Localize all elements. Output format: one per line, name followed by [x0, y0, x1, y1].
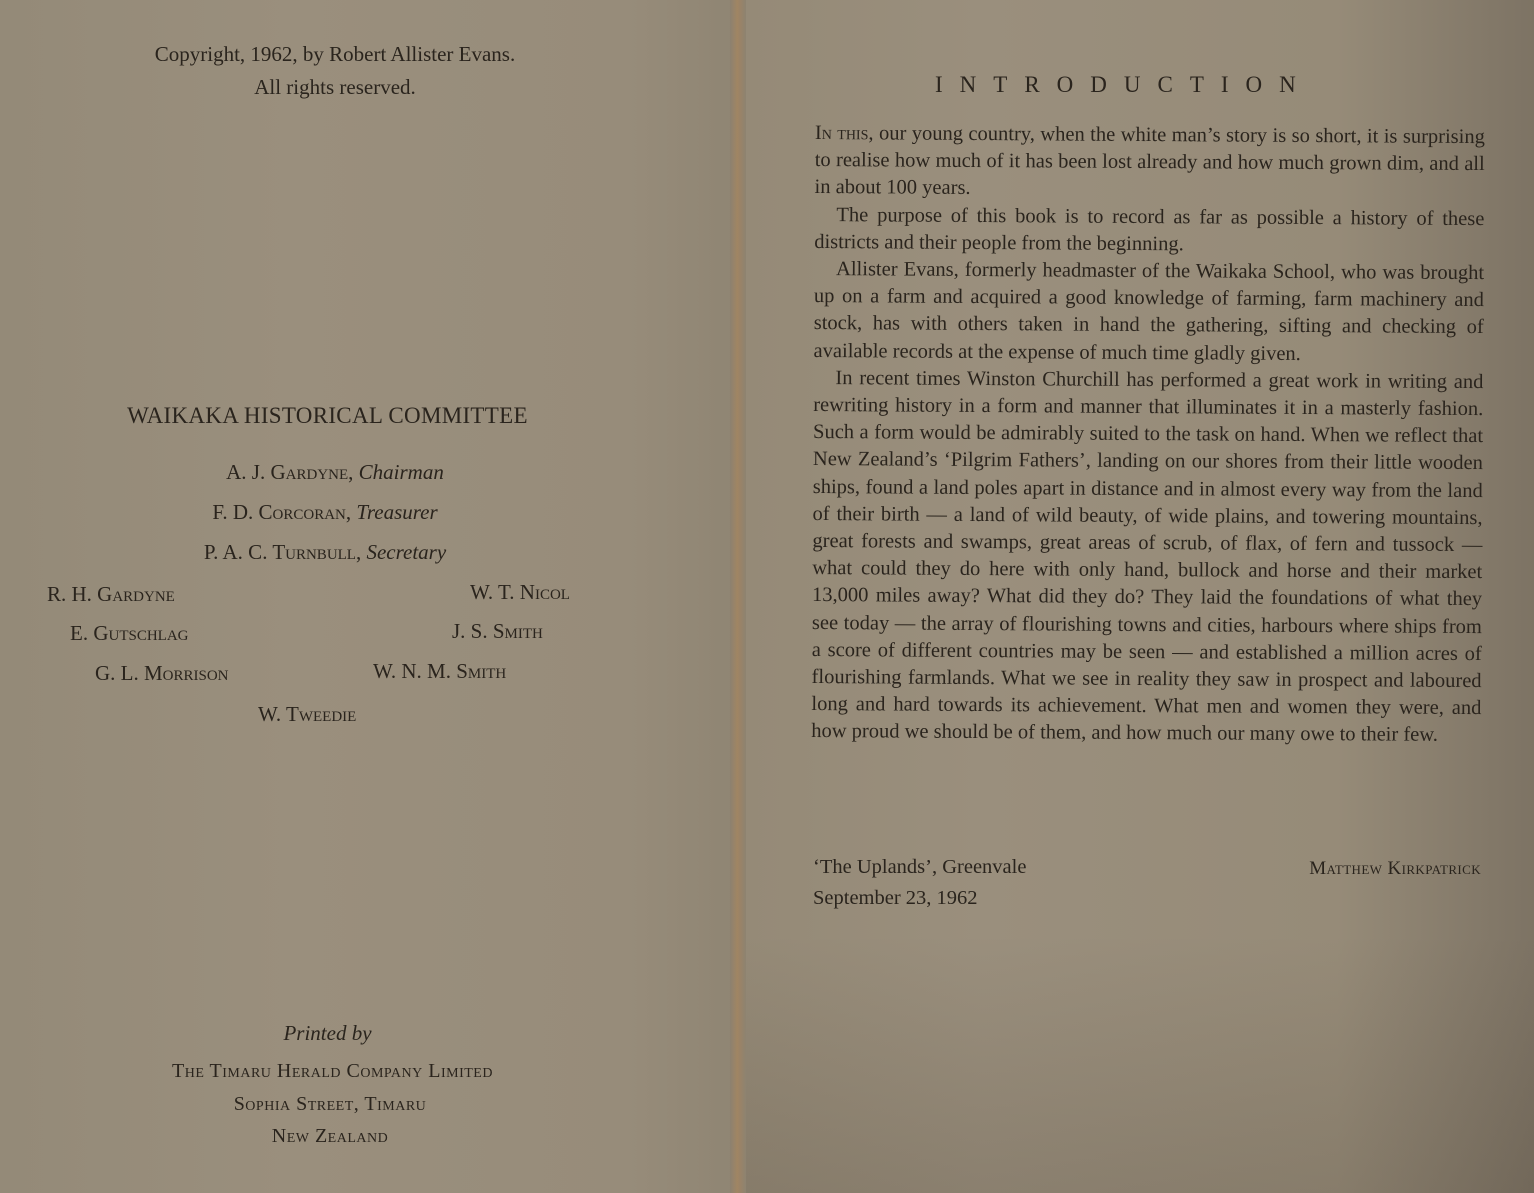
copyright-notice: Copyright, 1962, by Robert Allister Evan…	[100, 38, 570, 104]
officer-name: P. A. C. Turnbull,	[204, 540, 361, 564]
committee-member: W. N. M. Smith	[373, 659, 506, 684]
paragraph-text: our young country, when the white man’s …	[815, 122, 1485, 199]
officer-name: A. J. Gardyne,	[226, 460, 353, 484]
paragraph-lead: In this,	[815, 122, 874, 144]
committee-officer: P. A. C. Turnbull, Secretary	[90, 540, 560, 565]
rights-reserved-line: All rights reserved.	[100, 71, 570, 104]
printer-street: Sophia Street, Timaru	[100, 1093, 560, 1116]
intro-paragraph: Allister Evans, formerly headmaster of t…	[814, 256, 1485, 369]
book-spread: Copyright, 1962, by Robert Allister Evan…	[0, 0, 1534, 1193]
printer-company: The Timaru Herald Company Limited	[100, 1060, 565, 1083]
officer-role: Treasurer	[356, 500, 437, 524]
committee-officer: A. J. Gardyne, Chairman	[100, 460, 570, 485]
committee-member: G. L. Morrison	[95, 661, 229, 686]
book-gutter	[730, 0, 746, 1193]
intro-paragraph: In this, our young country, when the whi…	[815, 120, 1485, 206]
committee-member: J. S. Smith	[452, 619, 543, 644]
intro-paragraph: In recent times Winston Churchill has pe…	[811, 365, 1483, 750]
intro-paragraph: The purpose of this book is to record as…	[814, 202, 1484, 260]
introduction-title: INTRODUCTION	[935, 72, 1313, 98]
committee-title: WAIKAKA HISTORICAL COMMITTEE	[100, 403, 555, 429]
committee-member: E. Gutschlag	[70, 621, 189, 646]
committee-member: W. Tweedie	[258, 702, 356, 727]
committee-member: W. T. Nicol	[470, 580, 570, 605]
committee-officer: F. D. Corcoran, Treasurer	[90, 500, 560, 525]
introduction-body: In this, our young country, when the whi…	[811, 120, 1485, 750]
officer-role: Secretary	[366, 540, 446, 564]
copyright-line: Copyright, 1962, by Robert Allister Evan…	[100, 38, 570, 71]
committee-member: R. H. Gardyne	[47, 582, 175, 607]
left-page: Copyright, 1962, by Robert Allister Evan…	[0, 0, 736, 1193]
officer-name: F. D. Corcoran,	[212, 500, 351, 524]
signoff-date: September 23, 1962	[813, 887, 978, 910]
signoff-place: ‘The Uplands’, Greenvale	[813, 856, 1026, 879]
printer-country: New Zealand	[100, 1125, 560, 1148]
printed-by-label: Printed by	[100, 1021, 555, 1046]
officer-role: Chairman	[359, 460, 444, 484]
signoff-author: Matthew Kirkpatrick	[1309, 858, 1481, 880]
